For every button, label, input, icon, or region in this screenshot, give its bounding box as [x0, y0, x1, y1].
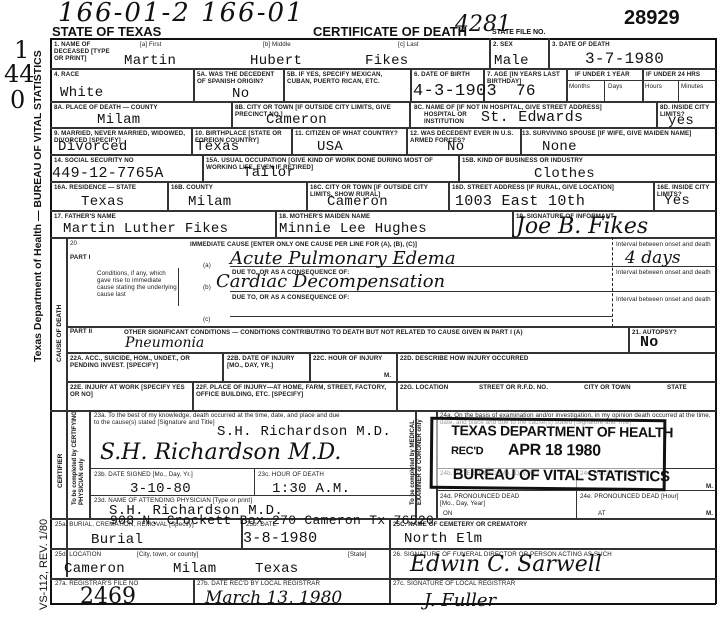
state-file-number: 28929: [624, 7, 680, 30]
sex-label: 2. SEX: [493, 41, 513, 48]
middle-name-label: [b] Middle: [263, 41, 291, 48]
sex-value: Male: [494, 53, 529, 69]
last-name-value: Fikes: [365, 53, 409, 69]
interval-b-label: Interval between onset and death: [616, 269, 711, 276]
stamp-bureau: BUREAU OF VITAL STATISTICS: [453, 466, 670, 485]
cause-b-value: Cardiac Decompensation: [216, 271, 445, 292]
race-label: 4. RACE: [54, 71, 79, 78]
age-value: 76: [516, 82, 536, 100]
residence-state-label: 16a. RESIDENCE — STATE: [54, 184, 136, 191]
date-of-birth-value: 4-3-1903: [413, 82, 497, 101]
funeral-director-signature: Edwin C. Sarwell: [410, 552, 602, 577]
date-of-death-value: 3-7-1980: [585, 50, 664, 68]
middle-name-value: Hubert: [250, 53, 302, 69]
death-county-value: Milam: [97, 112, 141, 128]
disposition-date-label: 25b. DATE: [246, 521, 277, 528]
death-county-label: 8a. PLACE OF DEATH — COUNTY: [54, 104, 158, 111]
accident-label: 22a. ACC., SUICIDE, HOM., UNDET., OR PEN…: [70, 355, 220, 369]
disposition-method-value: Burial: [91, 532, 143, 548]
spanish-origin-label: 5a. WAS THE DECEDENT OF SPANISH ORIGIN?: [197, 71, 281, 85]
stamp-recd: REC'D: [451, 445, 483, 457]
date-recd-value: March 13, 1980: [205, 588, 342, 608]
conditions-note: Conditions, if any, which gave rise to i…: [97, 270, 179, 298]
disposition-date-value: 3-8-1980: [243, 530, 317, 547]
pronounced-at-label: AT: [598, 510, 606, 517]
margin-note-2: 44: [4, 60, 35, 88]
spouse-value: None: [542, 139, 577, 155]
part2-label: PART II: [70, 328, 94, 335]
mother-value: Minnie Lee Hughes: [279, 221, 427, 237]
injury-description-label: 22d. DESCRIBE HOW INJURY OCCURRED: [400, 355, 528, 362]
cemetery-label: 25c. NAME OF CEMETERY OR CREMATORY: [393, 521, 527, 528]
date-of-birth-label: 6. DATE OF BIRTH: [414, 71, 470, 78]
stamp-date: APR 18 1980: [508, 442, 601, 461]
pronounced-hour-suffix: M.: [706, 510, 713, 517]
part1-label: PART I: [70, 254, 94, 261]
birthplace-value: Texas: [196, 139, 240, 155]
examiner-hour-suffix: M.: [706, 483, 713, 490]
cause-c-marker: (c): [203, 316, 211, 323]
certifying-physician-side-label: To be completed by CERTIFYING PHYSICIAN …: [72, 395, 85, 505]
received-stamp: TEXAS DEPARTMENT OF HEALTH REC'D APR 18 …: [430, 417, 667, 491]
first-name-label: [a] First: [140, 41, 162, 48]
minutes-label: Minutes: [681, 83, 703, 90]
injury-location-label: 22g. LOCATION: [400, 384, 448, 391]
form-id-label: VS-112, REV. 1/80: [38, 519, 50, 610]
cause-of-death-side-label: CAUSE OF DEATH: [56, 305, 63, 362]
disposition-location-label: 25d. LOCATION: [55, 551, 101, 558]
injury-at-work-label: 22e. INJURY AT WORK [Specify yes or no]: [70, 384, 185, 398]
industry-value: Clothes: [534, 166, 595, 182]
citizenship-value: USA: [317, 139, 343, 155]
certifier-side-label: CERTIFIER: [57, 454, 64, 488]
hospital-sublabel: HOSPITAL OR INSTITUTION: [424, 111, 474, 125]
death-city-value: Cameron: [266, 112, 327, 128]
physician-typed-name: S.H. Richardson M.D.: [217, 424, 391, 440]
mother-label: 18. MOTHER'S MAIDEN NAME: [279, 213, 370, 220]
immediate-cause-label: IMMEDIATE CAUSE [Enter only one cause pe…: [190, 241, 417, 248]
ssn-value: 449-12-7765A: [52, 165, 164, 182]
armed-forces-value: No: [447, 139, 464, 155]
father-label: 17. FATHER'S NAME: [54, 213, 116, 220]
cause-a-value: Acute Pulmonary Edema: [230, 248, 456, 269]
interval-a-value: 4 days: [625, 248, 681, 268]
injury-date-label: 22b. DATE OF INJURY [Mo., Day, Yr.]: [227, 355, 307, 369]
hours-label: Hours: [645, 83, 662, 90]
race-value: White: [60, 85, 104, 101]
injury-place-label: 22f. PLACE OF INJURY—At home, farm, stre…: [196, 384, 391, 398]
injury-hour-suffix: M.: [384, 372, 391, 379]
interval-a-label: Interval between onset and death: [616, 241, 711, 248]
registrar-signature-label: 27c. SIGNATURE OF LOCAL REGISTRAR: [393, 580, 515, 587]
first-name-value: Martin: [124, 53, 176, 69]
date-signed-label: 23b. DATE SIGNED [Mo., Day, Yr.]: [94, 471, 193, 478]
spanish-origin-value: No: [232, 86, 249, 102]
name-label: 1. NAME OF DECEASED [Type or print]: [54, 41, 112, 62]
location-city-value: Cameron: [64, 561, 125, 577]
residence-inside-city-value: Yes: [664, 193, 690, 209]
date-signed-value: 3-10-80: [130, 481, 191, 497]
registrar-signature: J. Fuller: [424, 590, 496, 611]
months-label: Months: [569, 83, 590, 90]
part1-number: 20: [70, 240, 77, 247]
residence-street-label: 16d. STREET ADDRESS [If rural, give loca…: [452, 184, 614, 191]
citizenship-label: 11. CITIZEN OF WHAT COUNTRY?: [295, 130, 405, 137]
hour-of-death-label: 23c. HOUR OF DEATH: [258, 471, 324, 478]
cemetery-value: North Elm: [404, 531, 482, 547]
under-1-year-label: IF UNDER 1 YEAR: [575, 71, 630, 78]
state-label: STATE OF TEXAS: [52, 24, 161, 39]
location-county-value: Milam: [173, 561, 217, 577]
residence-state-value: Texas: [81, 194, 125, 210]
agency-side-label: Texas Department of Health — BUREAU OF V…: [32, 50, 44, 362]
date-recd-label: 27b. DATE REC'D BY LOCAL REGISTRAR: [197, 580, 320, 587]
other-conditions-value: Pneumonia: [125, 335, 204, 351]
cause-a-marker: (a): [203, 262, 211, 269]
residence-street-value: 1003 East 10th: [455, 193, 585, 210]
residence-county-value: Milam: [188, 194, 232, 210]
location-state-value: Texas: [255, 561, 299, 577]
pronounced-dead-hour-label: 24e. PRONOUNCED DEAD [Hour]: [580, 493, 679, 500]
date-of-death-label: 3. DATE OF DEATH: [552, 41, 610, 48]
residence-county-label: 16b. COUNTY: [171, 184, 213, 191]
injury-city-label: CITY OR TOWN: [584, 384, 631, 391]
certificate-title: CERTIFICATE OF DEATH: [313, 24, 467, 39]
interval-c-label: Interval between onset and death: [616, 296, 711, 303]
cause-b-marker: (b): [203, 284, 211, 291]
spouse-label: 13. SURVIVING SPOUSE [If wife, give maid…: [522, 130, 691, 137]
pronounced-on-label: ON: [443, 510, 452, 517]
father-value: Martin Luther Fikes: [63, 221, 228, 237]
days-label: Days: [608, 83, 623, 90]
marital-status-value: Divorced: [58, 139, 128, 155]
occupation-value: Tailor: [243, 165, 295, 181]
injury-street-label: STREET OR R.F.D. NO.: [479, 384, 548, 391]
state-file-label: STATE FILE NO.: [492, 29, 545, 36]
last-name-label: [c] Last: [398, 41, 419, 48]
location-hint: [City, town, or county]: [137, 551, 198, 558]
industry-label: 15b. KIND OF BUSINESS OR INDUSTRY: [462, 157, 583, 164]
physician-signature: S.H. Richardson M.D.: [100, 440, 341, 465]
hour-of-death-value: 1:30 A.M.: [272, 481, 350, 497]
informant-signature: Joe B. Fikes: [516, 214, 648, 239]
stamp-dept: TEXAS DEPARTMENT OF HEALTH: [451, 422, 673, 440]
pronounced-dead-date-label: 24d. PRONOUNCED DEAD [Mo., Day, Year]: [440, 493, 530, 507]
ssn-label: 14. SOCIAL SECURITY NO: [54, 157, 134, 164]
margin-note-3: 0: [10, 86, 25, 114]
hospital-value: St. Edwards: [481, 109, 583, 126]
disposition-method-label: 25a. BURIAL, CREMATION, REMOVAL [Specify…: [55, 521, 194, 528]
injury-hour-label: 22c. HOUR OF INJURY: [313, 355, 393, 362]
registrar-file-value: 2469: [80, 584, 136, 609]
autopsy-value: No: [640, 334, 659, 351]
medical-examiner-side-label: To be completed by MEDICAL EXAMINER or C…: [410, 395, 423, 505]
state-hint: [State]: [348, 551, 367, 558]
spanish-origin-specify-label: 5b. IF YES, SPECIFY MEXICAN, CUBAN, PUER…: [287, 71, 405, 85]
injury-state-label: STATE: [667, 384, 687, 391]
inside-city-value: yes: [668, 113, 694, 129]
due-to-label-2: DUE TO, OR AS A CONSEQUENCE OF:: [232, 294, 349, 301]
under-24-hrs-label: IF UNDER 24 HRS: [646, 71, 700, 78]
residence-city-value: Cameron: [327, 194, 388, 210]
